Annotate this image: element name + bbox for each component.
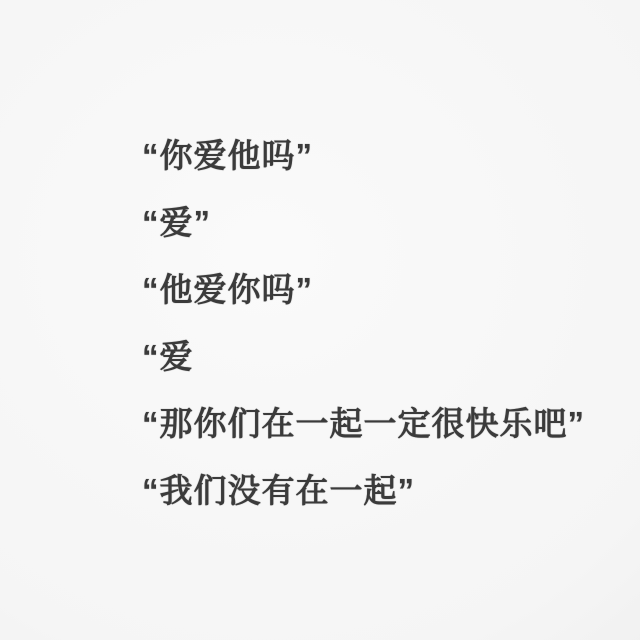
dialogue-line-2: “爱” bbox=[142, 189, 612, 256]
quote-card: “你爱他吗” “爱” “他爱你吗” “爱 “那你们在一起一定很快乐吧” “我们没… bbox=[0, 0, 640, 640]
dialogue-line-6: “我们没有在一起” bbox=[142, 457, 612, 524]
dialogue-line-5: “那你们在一起一定很快乐吧” bbox=[142, 390, 612, 457]
dialogue-line-4: “爱 bbox=[142, 323, 612, 390]
dialogue-line-1: “你爱他吗” bbox=[142, 122, 612, 189]
dialogue-block: “你爱他吗” “爱” “他爱你吗” “爱 “那你们在一起一定很快乐吧” “我们没… bbox=[142, 122, 612, 524]
dialogue-line-3: “他爱你吗” bbox=[142, 256, 612, 323]
